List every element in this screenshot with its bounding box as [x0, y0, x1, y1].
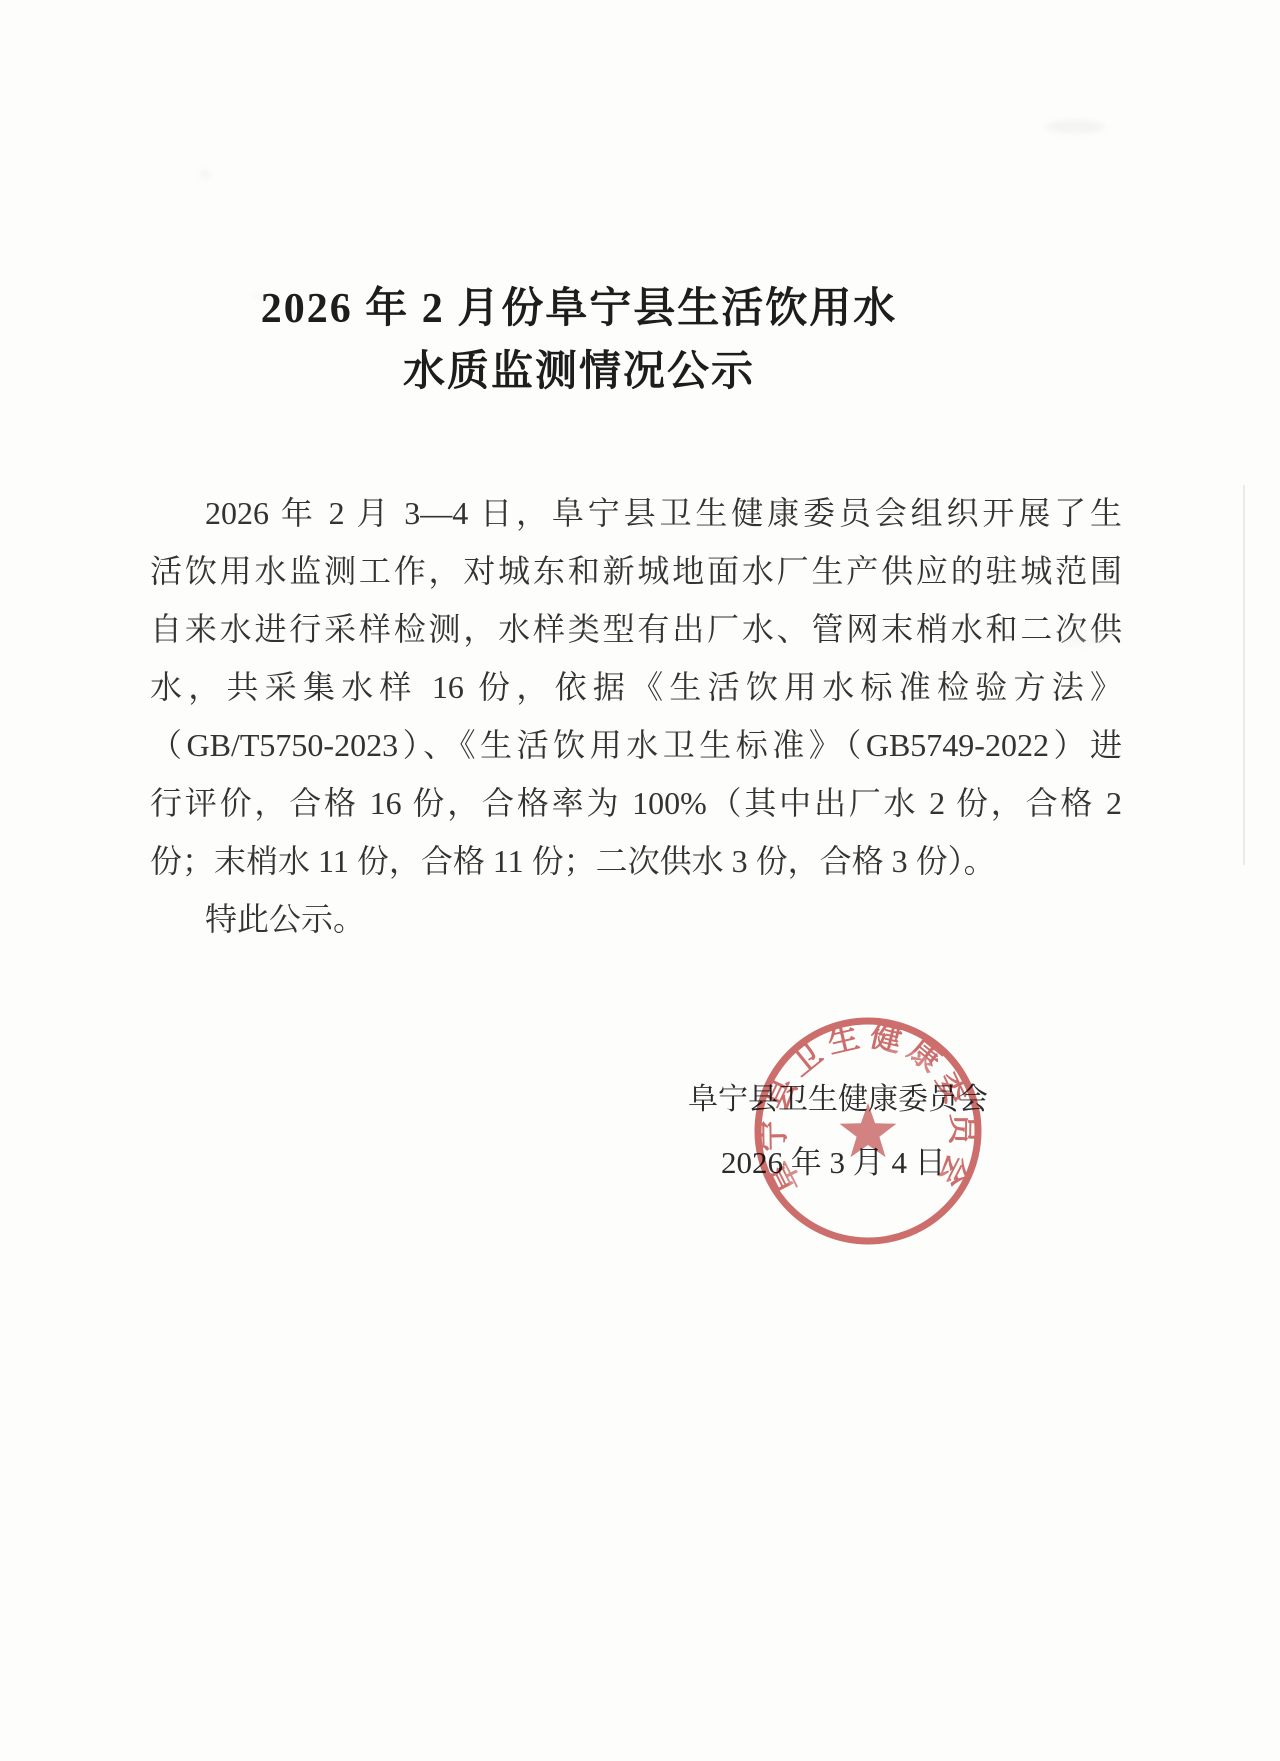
- body-line-1: 2026 年 2 月 3—4 日，阜宁县卫生健康委员会组织开展了生: [150, 484, 1122, 542]
- body-line-5: （GB/T5750-2023）、《生活饮用水卫生标准》（GB5749-2022）…: [150, 716, 1122, 774]
- scan-artifact-smudge: [255, 292, 263, 300]
- body-line-4: 水，共采集水样 16 份，依据《生活饮用水标准检验方法》: [150, 658, 1122, 716]
- body-line-6: 行评价，合格 16 份，合格率为 100%（其中出厂水 2 份，合格 2: [150, 774, 1122, 832]
- document-page: 2026 年 2 月份阜宁县生活饮用水 水质监测情况公示 2026 年 2 月 …: [0, 0, 1280, 1761]
- official-seal-stamp: 阜宁县卫生健康委员会: [748, 1011, 988, 1251]
- body-line-7: 份；末梢水 11 份，合格 11 份；二次供水 3 份，合格 3 份）。: [150, 832, 1122, 890]
- stamp-fade-patch: [864, 1049, 932, 1089]
- title-line-2: 水质监测情况公示: [0, 341, 1158, 404]
- stamp-fade-patch: [784, 1123, 836, 1199]
- scan-artifact-smudge: [200, 170, 210, 178]
- document-body: 2026 年 2 月 3—4 日，阜宁县卫生健康委员会组织开展了生 活饮用水监测…: [150, 484, 1122, 948]
- closing-line: 特此公示。: [150, 890, 1122, 948]
- scan-artifact-line: [1243, 485, 1245, 865]
- scan-artifact-smudge: [1045, 120, 1105, 134]
- scan-artifact-smudge: [1060, 636, 1110, 646]
- stamp-fade-patch: [895, 1162, 951, 1210]
- document-title: 2026 年 2 月份阜宁县生活饮用水 水质监测情况公示: [0, 278, 1158, 404]
- body-line-2: 活饮用水监测工作，对城东和新城地面水厂生产供应的驻城范围: [150, 542, 1122, 600]
- body-line-3: 自来水进行采样检测，水样类型有出厂水、管网末梢水和二次供: [150, 600, 1122, 658]
- title-line-1: 2026 年 2 月份阜宁县生活饮用水: [0, 278, 1158, 341]
- stamp-star-icon: [840, 1103, 897, 1157]
